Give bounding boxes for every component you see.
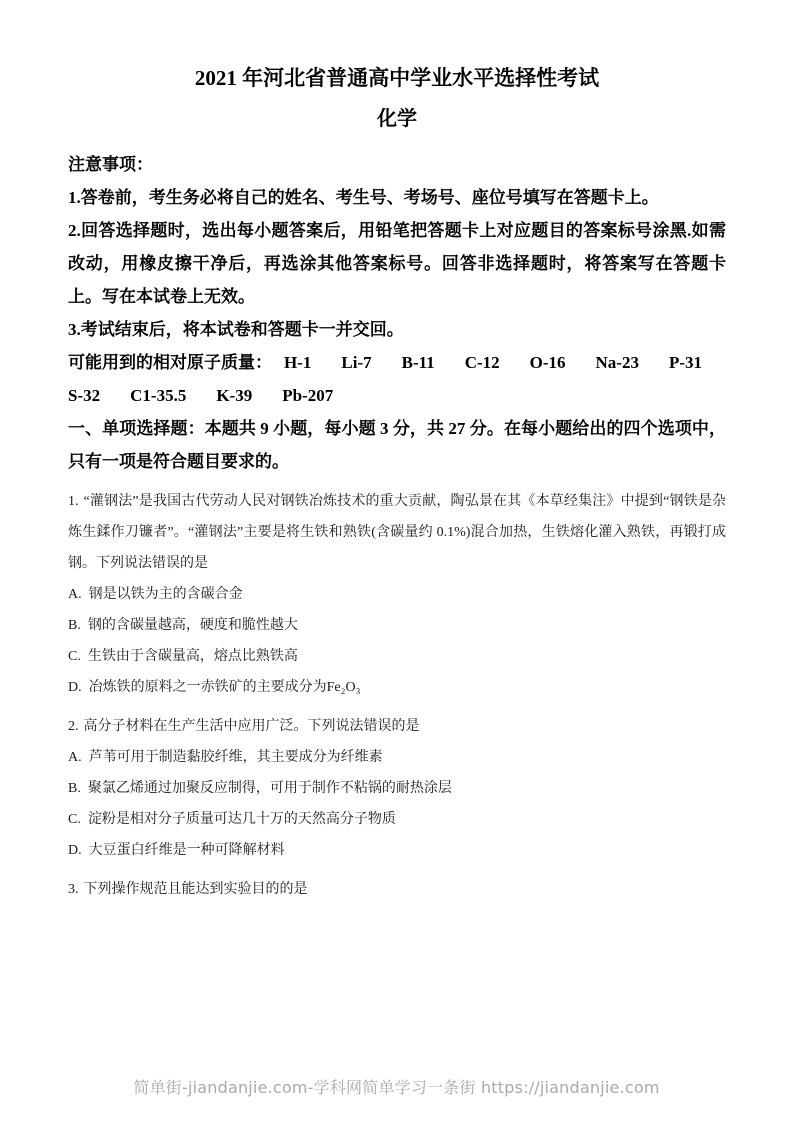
question-1: 1.“灌钢法”是我国古代劳动人民对钢铁冶炼技术的重大贡献，陶弘景在其《本草经集注… (68, 486, 726, 703)
atomic-mass-value: C-12 (465, 346, 500, 379)
question-2-option-a: A.芦苇可用于制造黏胶纤维，其主要成分为纤维素 (68, 742, 726, 773)
atomic-mass-value: Pb-207 (282, 379, 333, 412)
option-text: 钢是以铁为主的含碳合金 (89, 587, 243, 602)
atomic-mass-value: Li-7 (341, 346, 371, 379)
option-label: D. (68, 680, 82, 695)
question-number: 2. (68, 719, 79, 734)
option-label: C. (68, 812, 81, 827)
atomic-mass-line-1: 可能用到的相对原子质量： H-1 Li-7 B-11 C-12 O-16 Na-… (68, 346, 726, 379)
atomic-mass-label: 可能用到的相对原子质量： (68, 346, 272, 379)
option-label: B. (68, 781, 81, 796)
option-text: 冶炼铁的原料之一赤铁矿的主要成分为Fe₂O₃ (89, 680, 361, 695)
atomic-mass-value: Na-23 (596, 346, 639, 379)
option-text: 聚氯乙烯通过加聚反应制得，可用于制作不粘锅的耐热涂层 (88, 781, 452, 796)
atomic-mass-value: B-11 (402, 346, 435, 379)
atomic-mass-value: K-39 (216, 379, 252, 412)
option-label: D. (68, 843, 82, 858)
question-3: 3.下列操作规范且能达到实验目的的是 (68, 874, 726, 905)
option-label: C. (68, 649, 81, 664)
question-text: 下列操作规范且能达到实验目的的是 (84, 882, 308, 897)
notice-heading: 注意事项： (68, 148, 726, 181)
option-label: A. (68, 587, 82, 602)
option-label: A. (68, 750, 82, 765)
atomic-mass-value: S-32 (68, 379, 100, 412)
question-text: “灌钢法”是我国古代劳动人民对钢铁冶炼技术的重大贡献，陶弘景在其《本草经集注》中… (68, 494, 726, 571)
option-text: 淀粉是相对分子质量可达几十万的天然高分子物质 (88, 812, 396, 827)
option-text: 大豆蛋白纤维是一种可降解材料 (89, 843, 285, 858)
notice-section: 注意事项： 1.答卷前，考生务必将自己的姓名、考生号、考场号、座位号填写在答题卡… (68, 148, 726, 412)
question-1-option-d: D.冶炼铁的原料之一赤铁矿的主要成分为Fe₂O₃ (68, 672, 726, 703)
exam-paper-page: 2021 年河北省普通高中学业水平选择性考试 化学 注意事项： 1.答卷前，考生… (0, 0, 793, 1122)
option-text: 生铁由于含碳量高，熔点比熟铁高 (88, 649, 298, 664)
question-2-option-b: B.聚氯乙烯通过加聚反应制得，可用于制作不粘锅的耐热涂层 (68, 773, 726, 804)
question-number: 1. (68, 494, 79, 509)
question-2-option-d: D.大豆蛋白纤维是一种可降解材料 (68, 835, 726, 866)
question-text: 高分子材料在生产生活中应用广泛。下列说法错误的是 (84, 719, 420, 734)
section-heading: 一、单项选择题：本题共 9 小题，每小题 3 分，共 27 分。在每小题给出的四… (68, 412, 726, 478)
atomic-mass-value: C1-35.5 (130, 379, 186, 412)
option-text: 芦苇可用于制造黏胶纤维，其主要成分为纤维素 (89, 750, 383, 765)
atomic-mass-value: O-16 (530, 346, 566, 379)
notice-item-1: 1.答卷前，考生务必将自己的姓名、考生号、考场号、座位号填写在答题卡上。 (68, 181, 726, 214)
notice-item-2: 2.回答选择题时，选出每小题答案后，用铅笔把答题卡上对应题目的答案标号涂黑.如需… (68, 214, 726, 313)
question-2: 2.高分子材料在生产生活中应用广泛。下列说法错误的是 A.芦苇可用于制造黏胶纤维… (68, 711, 726, 866)
question-1-stem: 1.“灌钢法”是我国古代劳动人民对钢铁冶炼技术的重大贡献，陶弘景在其《本草经集注… (68, 486, 726, 579)
question-2-stem: 2.高分子材料在生产生活中应用广泛。下列说法错误的是 (68, 711, 726, 742)
subject-title: 化学 (68, 105, 726, 133)
exam-content: 2021 年河北省普通高中学业水平选择性考试 化学 注意事项： 1.答卷前，考生… (68, 64, 726, 905)
page-title: 2021 年河北省普通高中学业水平选择性考试 (68, 64, 726, 92)
question-2-option-c: C.淀粉是相对分子质量可达几十万的天然高分子物质 (68, 804, 726, 835)
atomic-mass-line-2: S-32 C1-35.5 K-39 Pb-207 (68, 379, 726, 412)
question-1-option-b: B.钢的含碳量越高，硬度和脆性越大 (68, 610, 726, 641)
notice-item-3: 3.考试结束后，将本试卷和答题卡一并交回。 (68, 313, 726, 346)
question-1-option-a: A.钢是以铁为主的含碳合金 (68, 579, 726, 610)
questions-block: 1.“灌钢法”是我国古代劳动人民对钢铁冶炼技术的重大贡献，陶弘景在其《本草经集注… (68, 486, 726, 905)
atomic-mass-value: P-31 (669, 346, 702, 379)
question-3-stem: 3.下列操作规范且能达到实验目的的是 (68, 874, 726, 905)
footer-watermark: 简单街-jiandanjie.com-学科网简单学习一条街 https://ji… (0, 1075, 793, 1098)
question-number: 3. (68, 882, 79, 897)
question-1-option-c: C.生铁由于含碳量高，熔点比熟铁高 (68, 641, 726, 672)
option-label: B. (68, 618, 81, 633)
atomic-mass-value: H-1 (284, 346, 311, 379)
option-text: 钢的含碳量越高，硬度和脆性越大 (88, 618, 298, 633)
